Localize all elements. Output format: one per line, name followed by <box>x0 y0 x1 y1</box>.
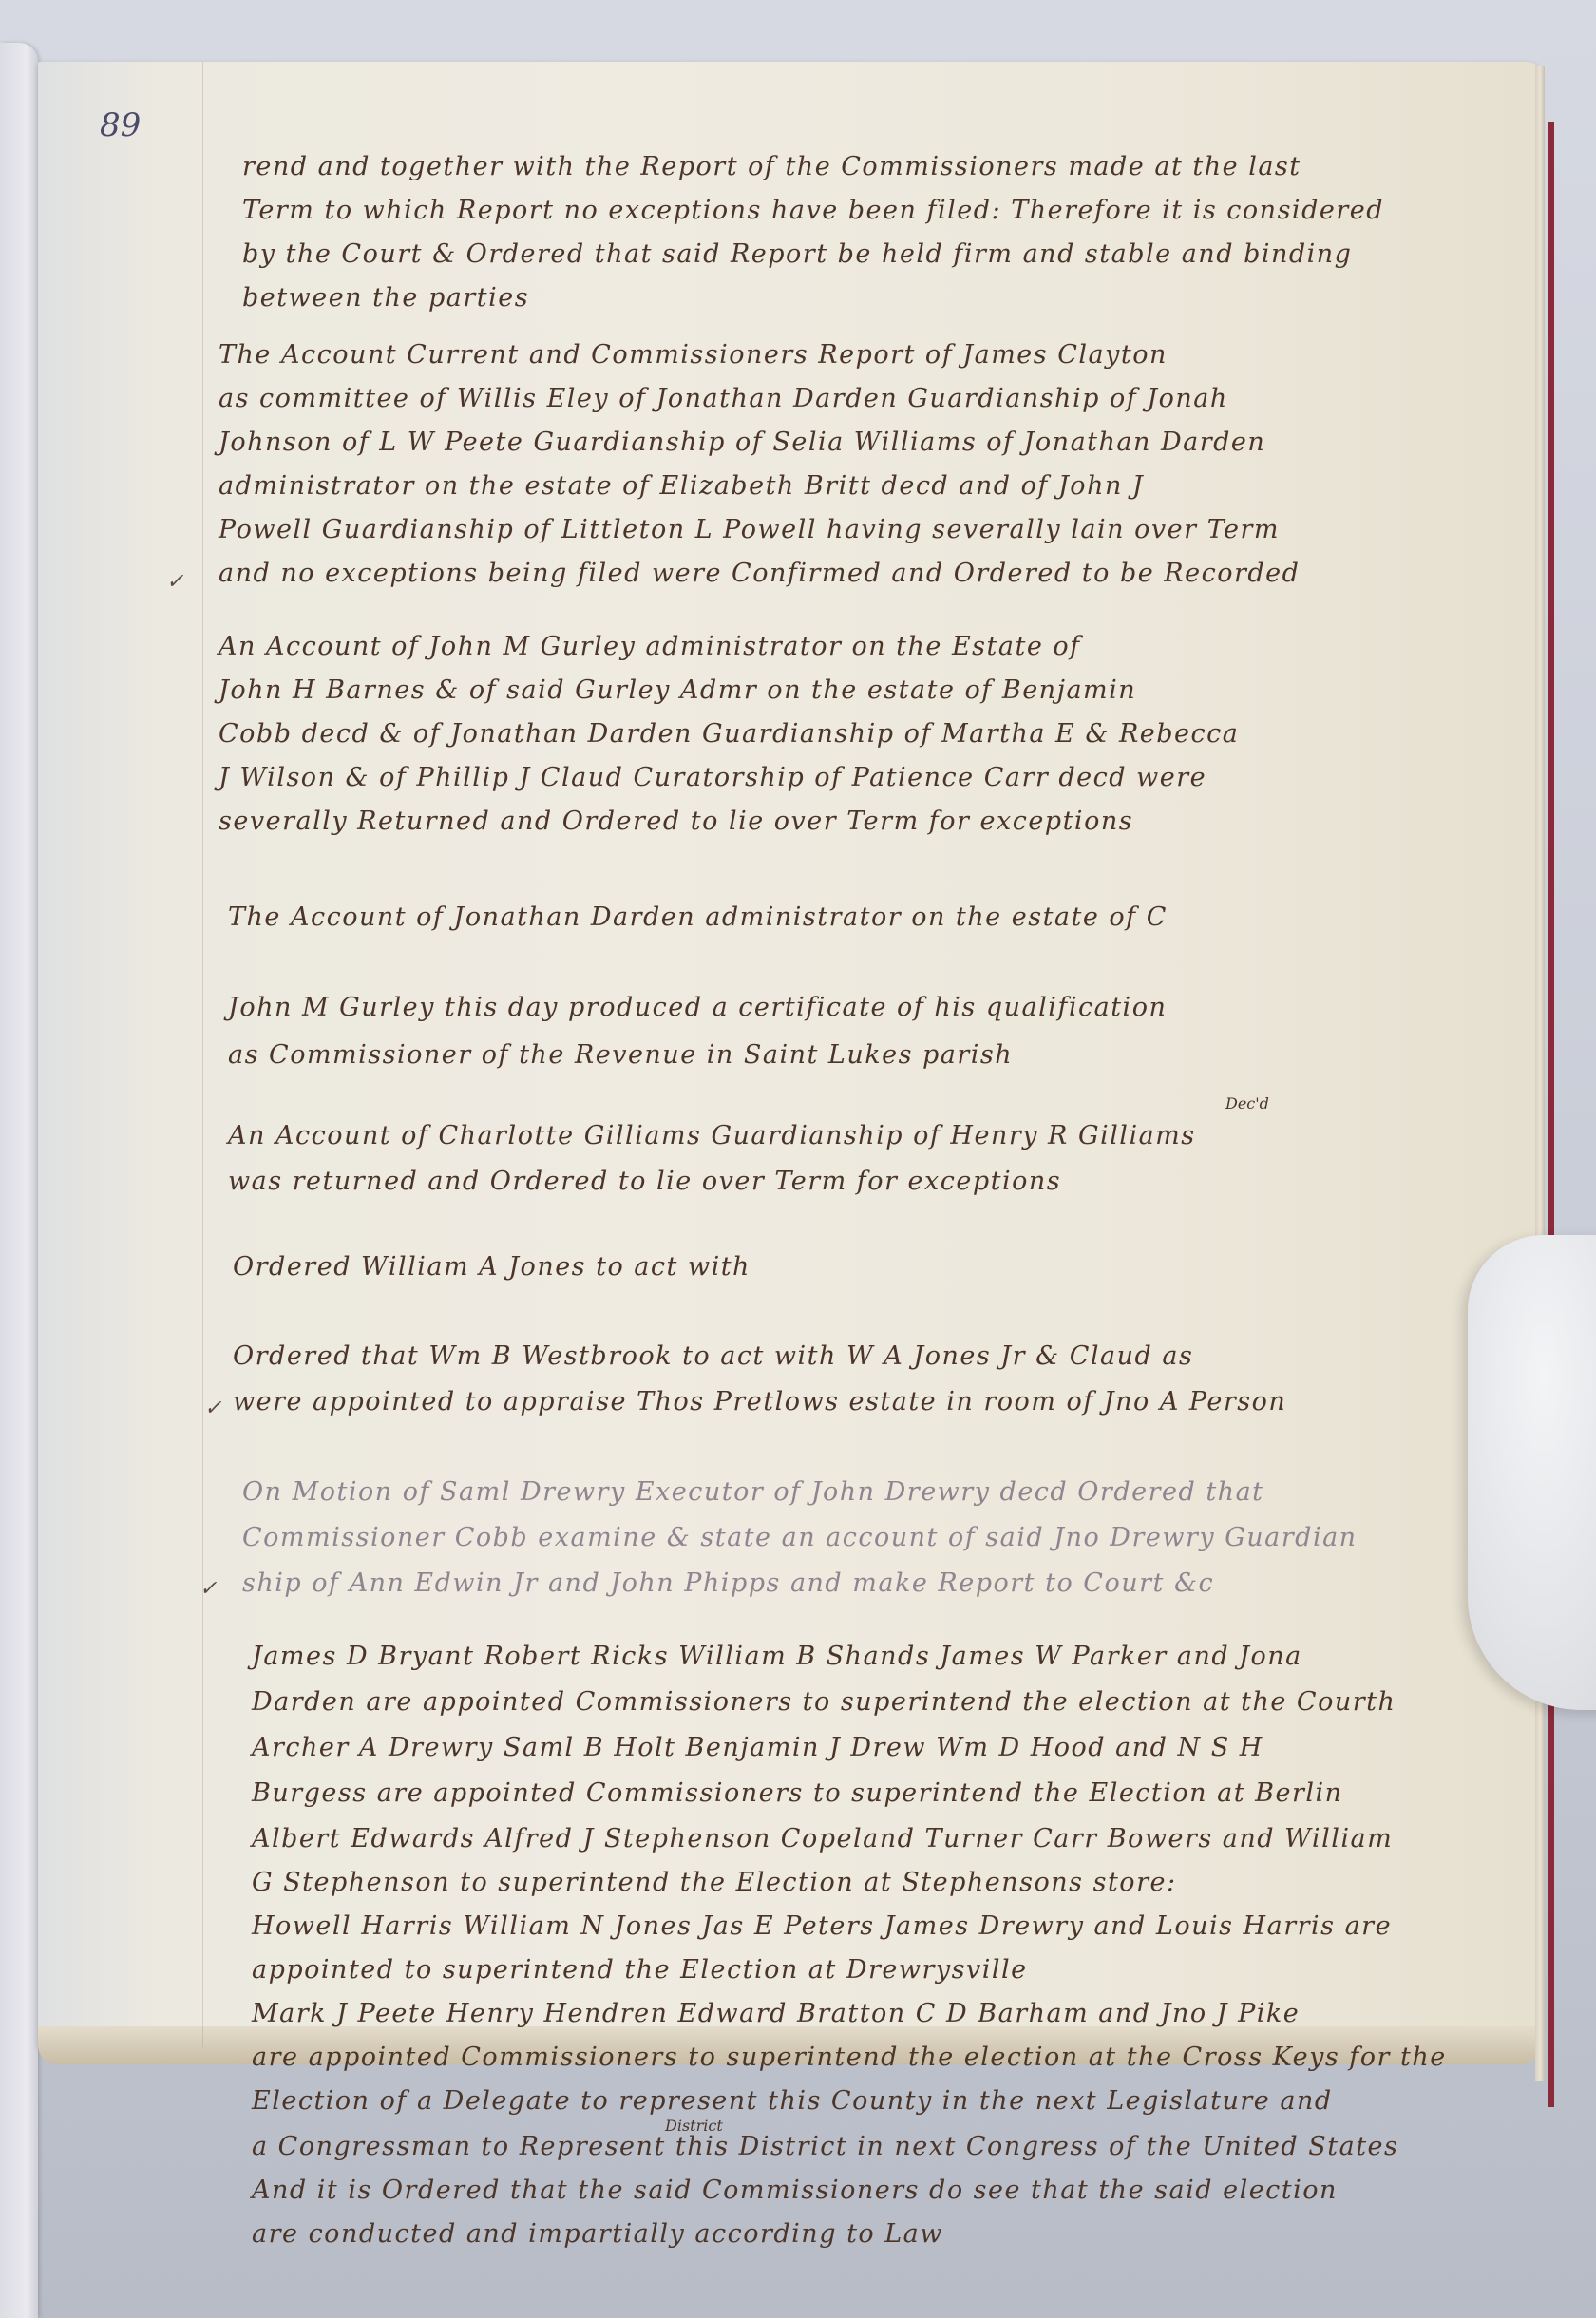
text-line: as committee of Willis Eley of Jonathan … <box>218 384 1228 413</box>
margin-rule <box>202 62 203 2047</box>
margin-check-mark: ✓ <box>166 570 183 594</box>
text-line: Ordered that Wm B Westbrook to act with … <box>233 1341 1193 1371</box>
text-line: Albert Edwards Alfred J Stephenson Copel… <box>252 1824 1393 1853</box>
text-line: was returned and Ordered to lie over Ter… <box>228 1167 1061 1196</box>
text-line: administrator on the estate of Elizabeth… <box>218 471 1144 501</box>
text-line: J Wilson & of Phillip J Claud Curatorshi… <box>218 763 1206 792</box>
text-line: James D Bryant Robert Ricks William B Sh… <box>252 1642 1302 1671</box>
text-line: as Commissioner of the Revenue in Saint … <box>228 1040 1013 1070</box>
text-line: Cobb decd & of Jonathan Darden Guardians… <box>218 719 1239 749</box>
text-line: between the parties <box>242 283 529 313</box>
text-line: rend and together with the Report of the… <box>242 152 1301 181</box>
text-line: Mark J Peete Henry Hendren Edward Bratto… <box>252 1999 1300 2028</box>
text-line-faded: On Motion of Saml Drewry Executor of Joh… <box>242 1477 1264 1507</box>
text-line: The Account of Jonathan Darden administr… <box>228 902 1168 932</box>
text-line: appointed to superintend the Election at… <box>252 1955 1028 1985</box>
text-line: Archer A Drewry Saml B Holt Benjamin J D… <box>252 1733 1263 1762</box>
text-line: Ordered William A Jones to act with <box>233 1252 750 1282</box>
text-line: G Stephenson to superintend the Election… <box>252 1868 1177 1897</box>
text-line: An Account of John M Gurley administrato… <box>218 632 1081 661</box>
text-line: John H Barnes & of said Gurley Admr on t… <box>218 675 1136 705</box>
text-line-faded: Commissioner Cobb examine & state an acc… <box>242 1523 1358 1552</box>
page-stack-edge <box>1535 66 1545 2080</box>
text-line-faded: ship of Ann Edwin Jr and John Phipps and… <box>242 1568 1214 1598</box>
page-number: 89 <box>100 106 141 144</box>
text-line: are appointed Commissioners to superinte… <box>252 2042 1447 2072</box>
text-line: Johnson of L W Peete Guardianship of Sel… <box>218 427 1265 457</box>
text-line: Howell Harris William N Jones Jas E Pete… <box>252 1911 1392 1941</box>
margin-check-mark: ✓ <box>199 1577 217 1601</box>
text-line: Election of a Delegate to represent this… <box>252 2086 1333 2116</box>
text-line: severally Returned and Ordered to lie ov… <box>218 807 1133 836</box>
text-line: by the Court & Ordered that said Report … <box>242 239 1352 269</box>
gloved-hand <box>1468 1235 1596 1710</box>
text-line: The Account Current and Commissioners Re… <box>218 340 1168 370</box>
text-line: Darden are appointed Commissioners to su… <box>252 1687 1396 1717</box>
text-line: Burgess are appointed Commissioners to s… <box>252 1778 1343 1808</box>
text-line: were appointed to appraise Thos Pretlows… <box>233 1387 1286 1416</box>
text-line: and no exceptions being filed were Confi… <box>218 559 1300 588</box>
text-line: John M Gurley this day produced a certif… <box>228 993 1167 1022</box>
text-line: Powell Guardianship of Littleton L Powel… <box>218 515 1280 544</box>
facing-page-edge <box>0 43 38 2318</box>
interlineation: Dec'd <box>1225 1094 1269 1112</box>
red-binding-strip <box>1548 122 1554 2107</box>
text-line: Term to which Report no exceptions have … <box>242 196 1384 225</box>
text-line: And it is Ordered that the said Commissi… <box>252 2175 1338 2205</box>
text-line: An Account of Charlotte Gilliams Guardia… <box>228 1121 1196 1150</box>
text-line: a Congressman to Represent this District… <box>252 2132 1398 2161</box>
margin-check-mark: ✓ <box>204 1396 221 1420</box>
text-line: are conducted and impartially according … <box>252 2219 943 2249</box>
